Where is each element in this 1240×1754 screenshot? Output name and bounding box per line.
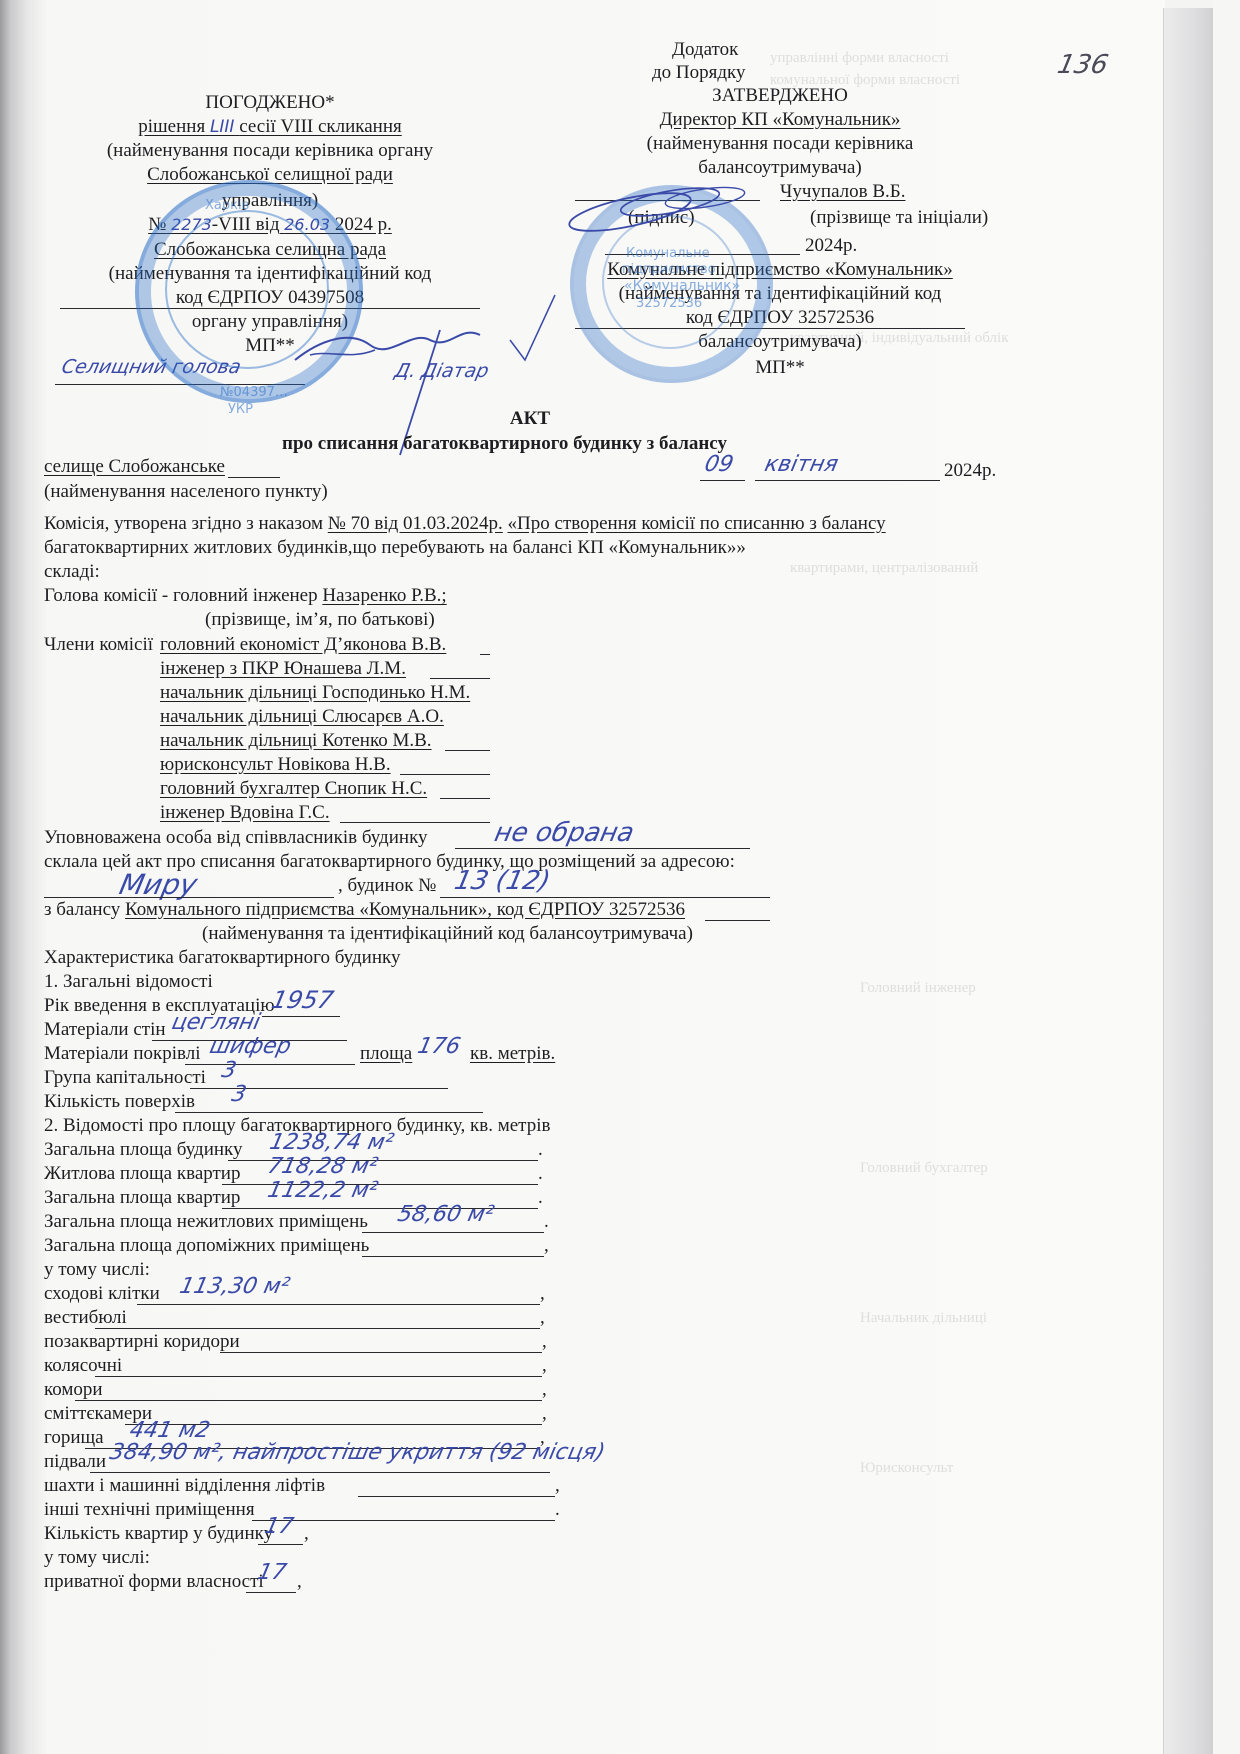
balance-caption: (найменування та ідентифікаційний код ба… [202,922,693,945]
underline [246,1592,296,1593]
agreed-decision: рішення LIII сесії VIII скликання [60,115,480,139]
member-item: інженер Вдовіна Г.С. [160,801,330,824]
apartments-label: Кількість квартир у будинку [44,1522,273,1545]
balance-org: Комунального підприємства «Комунальник»,… [125,899,685,920]
including-label-2: у тому числі: [44,1546,150,1569]
area-label: Загальна площа допоміжних приміщень [44,1234,369,1257]
private-value: 17 [255,1560,288,1585]
house-label: , будинок № [338,874,436,897]
roof-value: шифер [207,1034,293,1059]
composition-label: складі: [44,560,100,583]
act-title: АКТ [430,407,630,430]
underline [185,1064,355,1065]
underline [137,1304,540,1305]
aux-label: сходові клітки [44,1282,160,1305]
underline [705,920,770,921]
area-label: Житлова площа квартир [44,1162,240,1185]
including-label: у тому числі: [44,1258,150,1281]
coowner-value: не обрана [492,818,637,848]
balance-prefix: з балансу [44,899,120,920]
punctuation: . [538,1162,543,1185]
aux-label: колясочні [44,1354,122,1377]
act-date-year: 2024р. [944,459,996,482]
approved-caption-2: балансоутримувача) [600,156,960,179]
act-date-day: 09 [702,452,735,477]
roof-label: Матеріали покрівлі [44,1042,201,1065]
member-item: начальник дільниці Господинько Н.М. [160,681,470,704]
member-item: головний економіст Д’яконова В.В. [160,633,446,656]
binder-edge [1163,8,1214,1754]
stamp-text: №04397… [220,385,288,400]
roof-area-label: площа [360,1042,412,1065]
punctuation: , [304,1522,309,1545]
annex-label: Додаток [672,38,738,61]
order-title: «Про створення комісії по списанню з бал… [508,513,886,534]
approved-title: ЗАТВЕРДЖЕНО [600,84,960,107]
aux-value: 384,90 м², найпростіше укриття (92 місця… [107,1440,607,1465]
floors-label: Кількість поверхів [44,1090,195,1113]
house-number: 13 (12) [452,866,553,896]
walls-value: цегляні [169,1010,262,1035]
punctuation: , [555,1474,560,1497]
aux-label: шахти і машинні відділення ліфтів [44,1474,325,1497]
capital-group-label: Група капітальності [44,1066,206,1089]
punctuation: , [542,1402,547,1425]
underline [220,1352,542,1353]
approved-name: Чучупалов В.Б. [780,180,905,203]
stamp-text: Харків [205,198,249,213]
underline [430,678,490,679]
aux-label: горища [44,1426,104,1449]
coowner-line [455,848,750,849]
bleed-through-text: Юрисконсульт [860,1460,953,1477]
punctuation: , [544,1234,549,1257]
punctuation: , [542,1330,547,1353]
bleed-through-text: Головний інженер [860,980,976,997]
punctuation: , [540,1306,545,1329]
punctuation: . [538,1138,543,1161]
annex-ref: до Порядку [652,61,746,84]
signature-stroke [505,290,565,370]
underline [480,654,490,655]
member-item: юрисконсульт Новікова Н.В. [160,753,391,776]
roof-area-unit: кв. метрів. [470,1042,555,1065]
underline [445,750,490,751]
bleed-through-text: управлінні форми власності [770,50,949,67]
underline [258,1544,303,1545]
act-date-month: квітня [762,452,840,477]
bleed-through-text: квартирами, централізований [790,560,978,577]
stamp-line: 32572536 [636,296,702,311]
stamp-text: УКР [228,402,253,417]
page-number: 136 [1055,50,1111,80]
underline [340,822,490,823]
member-item: начальник дільниці Котенко М.В. [160,729,432,752]
chair-caption: (прізвище, ім’я, по батькові) [205,608,435,631]
settlement: селище Слобожанське [44,455,225,478]
underline [75,1400,542,1401]
punctuation: . [538,1186,543,1209]
underline [700,480,745,481]
underline [190,1088,448,1089]
punctuation: , [540,1282,545,1305]
chair-label: Голова комісії - головний інженер [44,585,318,606]
settlement-caption: (найменування населеного пункту) [44,480,328,503]
underline [228,477,280,478]
agreed-caption-1: (найменування посади керівника органу [60,139,480,162]
private-label: приватної форми власності [44,1570,264,1593]
commission-intro: Комісія, утворена згідно з наказом № 70 … [44,512,886,535]
general-heading: 1. Загальні відомості [44,970,213,993]
member-item: інженер з ПКР Юнашева Л.М. [160,657,406,680]
area-value: 1122,2 м² [265,1178,380,1203]
underline [95,1376,542,1377]
aux-label: підвали [44,1450,106,1473]
area-value: 1238,74 м² [267,1130,396,1155]
apartments-value: 17 [262,1514,295,1539]
punctuation: . [555,1498,560,1521]
director-signature [560,180,760,240]
area-value: 718,28 м² [265,1154,380,1179]
order-title-cont: багатоквартирних житлових будинків,що пе… [44,536,746,559]
year-value: 1957 [269,986,336,1014]
punctuation: , [297,1570,302,1593]
punctuation: , [542,1378,547,1401]
decision-prefix: рішення [138,116,205,137]
member-item: начальник дільниці Слюсарєв А.О. [160,705,444,728]
stamp-line: «Комунальник» [624,278,740,294]
underline [440,798,490,799]
walls-label: Матеріали стін [44,1018,166,1041]
characteristics-heading: Характеристика багатоквартирного будинку [44,946,400,969]
underline [252,1520,555,1521]
aux-label: позаквартирні коридори [44,1330,240,1353]
bleed-through-text: Начальник дільниці [860,1310,987,1327]
name-caption: (прізвище та ініціали) [810,206,988,229]
area-label: Загальна площа будинку [44,1138,243,1161]
underline [362,1256,544,1257]
punctuation: , [542,1354,547,1377]
chair-name: Назаренко Р.В.; [322,585,446,606]
commission-intro-text: Комісія, утворена згідно з наказом [44,513,323,534]
stamp-line: Комунальне [626,246,710,261]
underline [175,1112,483,1113]
underline [755,480,940,481]
approved-caption-1: (найменування посади керівника [600,132,960,155]
member-item: головний бухгалтер Снопик Н.С. [160,777,427,800]
underline [90,1472,550,1473]
underline [358,1496,555,1497]
underline [95,1328,540,1329]
area-label: Загальна площа квартир [44,1186,240,1209]
underline [400,774,490,775]
approved-date-year: 2024р. [805,234,857,257]
members-label: Члени комісії [44,633,153,656]
roof-area-value: 176 [415,1034,462,1059]
page-margin [1213,0,1240,1754]
area-label: Загальна площа нежитлових приміщень [44,1210,368,1233]
decision-suffix: сесії VIII скликання [239,116,402,137]
aux-label: комори [44,1378,103,1401]
aux-label: інші технічні приміщення [44,1498,255,1521]
underline [362,1232,544,1233]
punctuation: . [544,1210,549,1233]
coowner-label: Уповноважена особа від співвласників буд… [44,826,428,849]
balance-row: з балансу Комунального підприємства «Ком… [44,898,685,921]
act-subtitle: про списання багатоквартирного будинку з… [282,432,727,455]
area-value: 58,60 м² [395,1202,496,1227]
approved-position: Директор КП «Комунальник» [600,108,960,131]
agreed-title: ПОГОДЖЕНО* [60,91,480,114]
chair-row: Голова комісії - головний інженер Назаре… [44,584,447,607]
bleed-through-text: Головний бухгалтер [860,1160,988,1177]
aux-value: 113,30 м² [177,1274,292,1299]
underline [262,1016,340,1017]
aux-label: вестибюлі [44,1306,127,1329]
order-reference: № 70 від 01.03.2024р. [328,513,503,534]
stamp-line: підприємство [622,262,716,277]
decision-session-hw: LIII [210,117,235,137]
